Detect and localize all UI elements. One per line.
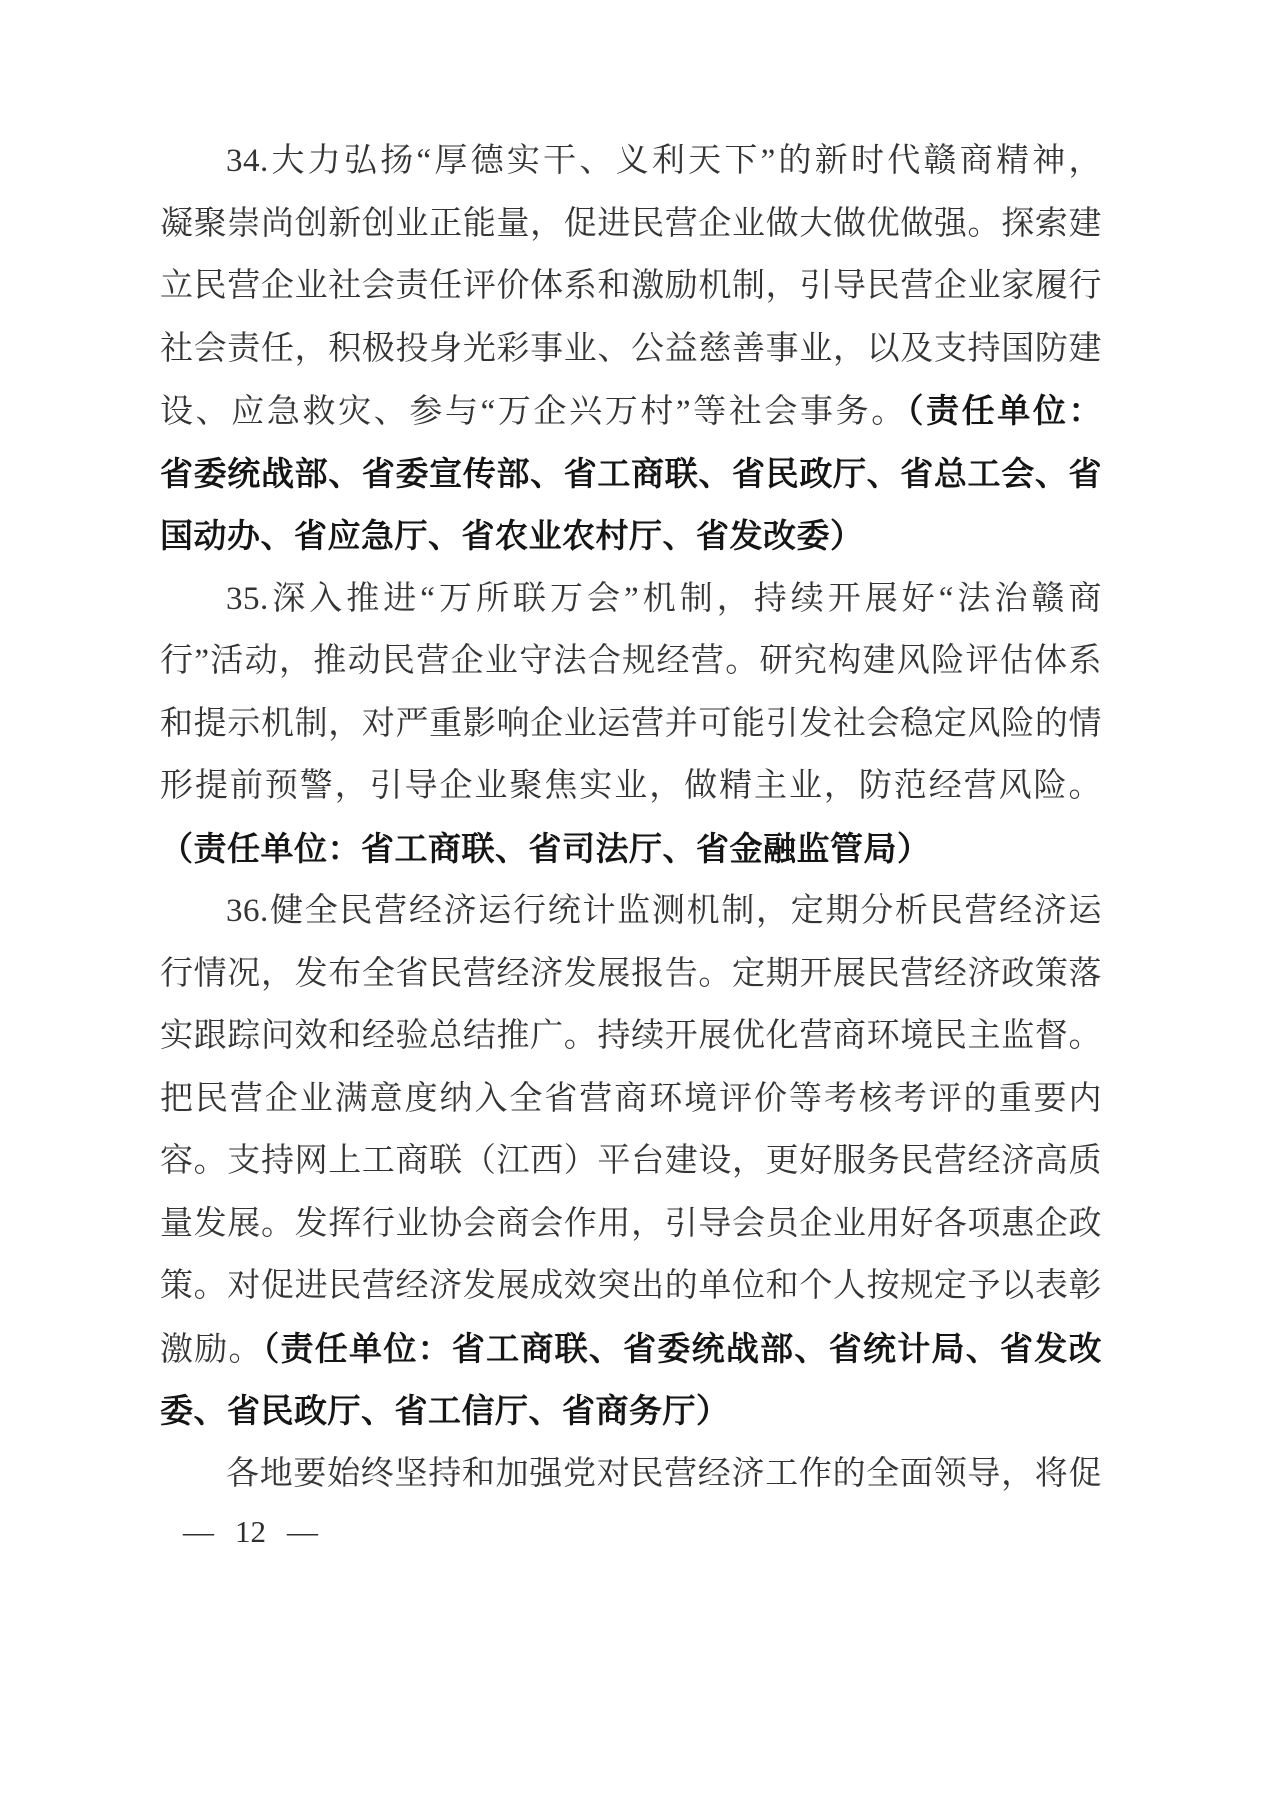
para36-line3: 实跟踪问效和经验总结推广。持续开展优化营商环境民主监督。 [160,1005,1102,1068]
para36-line1: 36.健全民营经济运行统计监测机制，定期分析民营经济运 [160,880,1102,943]
para36-line2: 行情况，发布全省民营经济发展报告。定期开展民营经济政策落 [160,943,1102,1006]
text-segment: 社会责任，积极投身光彩事业、公益慈善事业，以及支持国防建 [160,331,1102,367]
para34-line6: 省委统战部、省委宣传部、省工商联、省民政厅、省总工会、省 [160,443,1102,506]
para36-line9: 委、省民政厅、省工信厅、省商务厅） [160,1380,1102,1443]
text-segment: 立民营企业社会责任评价体系和激励机制，引导民营企业家履行 [160,268,1102,304]
closing-line: 各地要始终坚持和加强党对民营经济工作的全面领导，将促 [160,1443,1102,1506]
text-segment: 策。对促进民营经济发展成效突出的单位和个人按规定予以表彰 [160,1268,1102,1304]
para34-line5: 设、应急救灾、参与“万企兴万村”等社会事务。（责任单位： [160,380,1102,443]
bold-text-segment: （责任单位： [907,392,1102,429]
para35-line3: 和提示机制，对严重影响企业运营并可能引发社会稳定风险的情 [160,693,1102,756]
text-segment: 行”活动，推动民营企业守法合规经营。研究构建风险评估体系 [160,643,1102,679]
text-segment: 凝聚崇尚创新创业正能量，促进民营企业做大做优做强。探索建 [160,206,1102,242]
para35-line1: 35.深入推进“万所联万会”机制，持续开展好“法治赣商 [160,568,1102,631]
para34-line4: 社会责任，积极投身光彩事业、公益慈善事业，以及支持国防建 [160,318,1102,381]
text-segment: 容。支持网上工商联（江西）平台建设，更好服务民营经济高质 [160,1143,1102,1179]
bold-text-segment: （责任单位：省工商联、省司法厅、省金融监管局） [160,830,931,867]
para36-line6: 量发展。发挥行业协会商会作用，引导会员企业用好各项惠企政 [160,1193,1102,1256]
para35-line4: 形提前预警，引导企业聚焦实业，做精主业，防范经营风险。 [160,755,1102,818]
page-number: 12 [235,1514,266,1550]
bold-text-segment: （责任单位：省工商联、省委统战部、省统计局、省发改 [263,1330,1102,1367]
text-segment: 34.大力弘扬“厚德实干、义利天下”的新时代赣商精神， [226,143,1102,179]
para36-line8: 激励。（责任单位：省工商联、省委统战部、省统计局、省发改 [160,1318,1102,1381]
document-page: 34.大力弘扬“厚德实干、义利天下”的新时代赣商精神，凝聚崇尚创新创业正能量，促… [0,0,1270,1796]
text-segment: 激励。 [160,1332,263,1368]
text-segment: 设、应急救灾、参与“万企兴万村”等社会事务。 [160,394,907,430]
para36-line7: 策。对促进民营经济发展成效突出的单位和个人按规定予以表彰 [160,1255,1102,1318]
para34-line3: 立民营企业社会责任评价体系和激励机制，引导民营企业家履行 [160,255,1102,318]
text-segment: 把民营企业满意度纳入全省营商环境评价等考核考评的重要内 [160,1081,1102,1117]
text-segment: 形提前预警，引导企业聚焦实业，做精主业，防范经营风险。 [160,768,1102,804]
text-segment: 36.健全民营经济运行统计监测机制，定期分析民营经济运 [226,893,1102,929]
para35-line5: （责任单位：省工商联、省司法厅、省金融监管局） [160,818,1102,881]
text-block: 34.大力弘扬“厚德实干、义利天下”的新时代赣商精神，凝聚崇尚创新创业正能量，促… [160,130,1102,1505]
para36-line5: 容。支持网上工商联（江西）平台建设，更好服务民营经济高质 [160,1130,1102,1193]
para34-line1: 34.大力弘扬“厚德实干、义利天下”的新时代赣商精神， [160,130,1102,193]
text-segment: 各地要始终坚持和加强党对民营经济工作的全面领导，将促 [226,1456,1102,1492]
page-footer: — 12 — [183,1514,318,1550]
footer-dash-left: — [183,1514,214,1550]
text-segment: 行情况，发布全省民营经济发展报告。定期开展民营经济政策落 [160,956,1102,992]
text-segment: 35.深入推进“万所联万会”机制，持续开展好“法治赣商 [226,581,1102,617]
bold-text-segment: 国动办、省应急厅、省农业农村厅、省发改委） [160,517,864,554]
para34-line2: 凝聚崇尚创新创业正能量，促进民营企业做大做优做强。探索建 [160,193,1102,256]
footer-dash-right: — [287,1514,318,1550]
bold-text-segment: 省委统战部、省委宣传部、省工商联、省民政厅、省总工会、省 [160,455,1102,492]
bold-text-segment: 委、省民政厅、省工信厅、省商务厅） [160,1392,730,1429]
text-segment: 量发展。发挥行业协会商会作用，引导会员企业用好各项惠企政 [160,1206,1102,1242]
para36-line4: 把民营企业满意度纳入全省营商环境评价等考核考评的重要内 [160,1068,1102,1131]
text-segment: 和提示机制，对严重影响企业运营并可能引发社会稳定风险的情 [160,706,1102,742]
para35-line2: 行”活动，推动民营企业守法合规经营。研究构建风险评估体系 [160,630,1102,693]
text-segment: 实跟踪问效和经验总结推广。持续开展优化营商环境民主监督。 [160,1018,1102,1054]
para34-line7: 国动办、省应急厅、省农业农村厅、省发改委） [160,505,1102,568]
